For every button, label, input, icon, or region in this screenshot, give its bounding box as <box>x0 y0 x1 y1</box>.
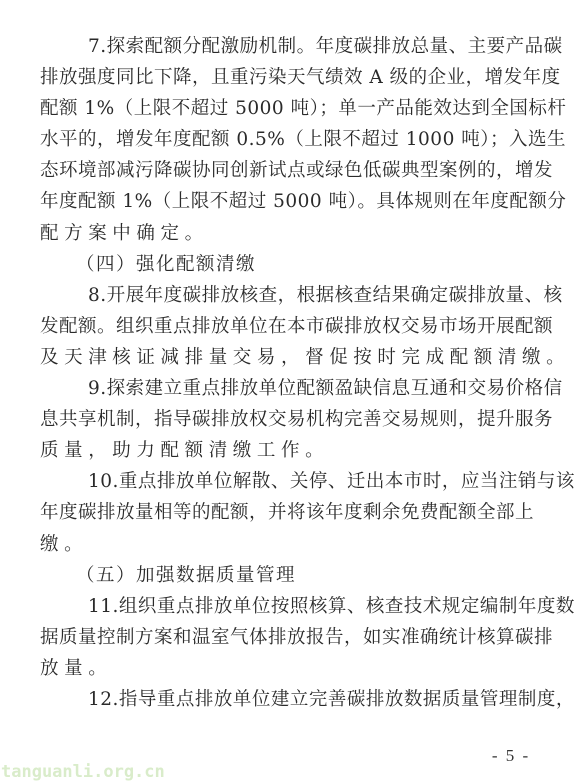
section-heading-4: （四）强化配额清缴 <box>40 249 524 280</box>
paragraph-7-line-3: 配额 1%（上限不超过 5000 吨）；单一产品能效达到全国标杆 <box>40 93 524 124</box>
paragraph-7-line-2: 排放强度同比下降，且重污染天气绩效 A 级的企业，增发年度 <box>40 62 524 93</box>
paragraph-8-line-1: 8.开展年度碳排放核查，根据核查结果确定碳排放量、核 <box>40 280 524 311</box>
paragraph-9-line-1: 9.探索建立重点排放单位配额盈缺信息互通和交易价格信 <box>40 373 524 404</box>
section-heading-5: （五）加强数据质量管理 <box>40 560 524 591</box>
paragraph-8-line-2: 发配额。组织重点排放单位在本市碳排放权交易市场开展配额 <box>40 311 524 342</box>
paragraph-7-line-6: 年度配额 1%（上限不超过 5000 吨）。具体规则在年度配额分 <box>40 186 524 217</box>
paragraph-10-line-2: 年度碳排放量相等的配额，并将该年度剩余免费配额全部上 <box>40 497 524 528</box>
page-number: - 5 - <box>490 746 532 766</box>
watermark: tanguanli.org.cn <box>1 762 165 782</box>
paragraph-9-line-3: 质量，助力配额清缴工作。 <box>40 435 524 466</box>
paragraph-7-line-7: 配方案中确定。 <box>40 218 524 249</box>
paragraph-8-line-3: 及天津核证减排量交易，督促按时完成配额清缴。 <box>40 342 524 373</box>
document-page: 7.探索配额分配激励机制。年度碳排放总量、主要产品碳 排放强度同比下降，且重污染… <box>0 0 587 784</box>
paragraph-7-line-1: 7.探索配额分配激励机制。年度碳排放总量、主要产品碳 <box>40 31 524 62</box>
paragraph-7-line-5: 态环境部减污降碳协同创新试点或绿色低碳典型案例的，增发 <box>40 155 524 186</box>
paragraph-9-line-2: 息共享机制，指导碳排放权交易机构完善交易规则，提升服务 <box>40 404 524 435</box>
paragraph-11-line-1: 11.组织重点排放单位按照核算、核查技术规定编制年度数 <box>40 591 524 622</box>
paragraph-11-line-2: 据质量控制方案和温室气体排放报告，如实准确统计核算碳排 <box>40 622 524 653</box>
paragraph-7-line-4: 水平的，增发年度配额 0.5%（上限不超过 1000 吨）；入选生 <box>40 124 524 155</box>
body-text: 7.探索配额分配激励机制。年度碳排放总量、主要产品碳 排放强度同比下降，且重污染… <box>40 31 524 715</box>
paragraph-12-line-1: 12.指导重点排放单位建立完善碳排放数据质量管理制度， <box>40 684 524 715</box>
paragraph-10-line-1: 10.重点排放单位解散、关停、迁出本市时，应当注销与该 <box>40 466 524 497</box>
paragraph-10-line-3: 缴。 <box>40 529 524 560</box>
paragraph-11-line-3: 放量。 <box>40 653 524 684</box>
